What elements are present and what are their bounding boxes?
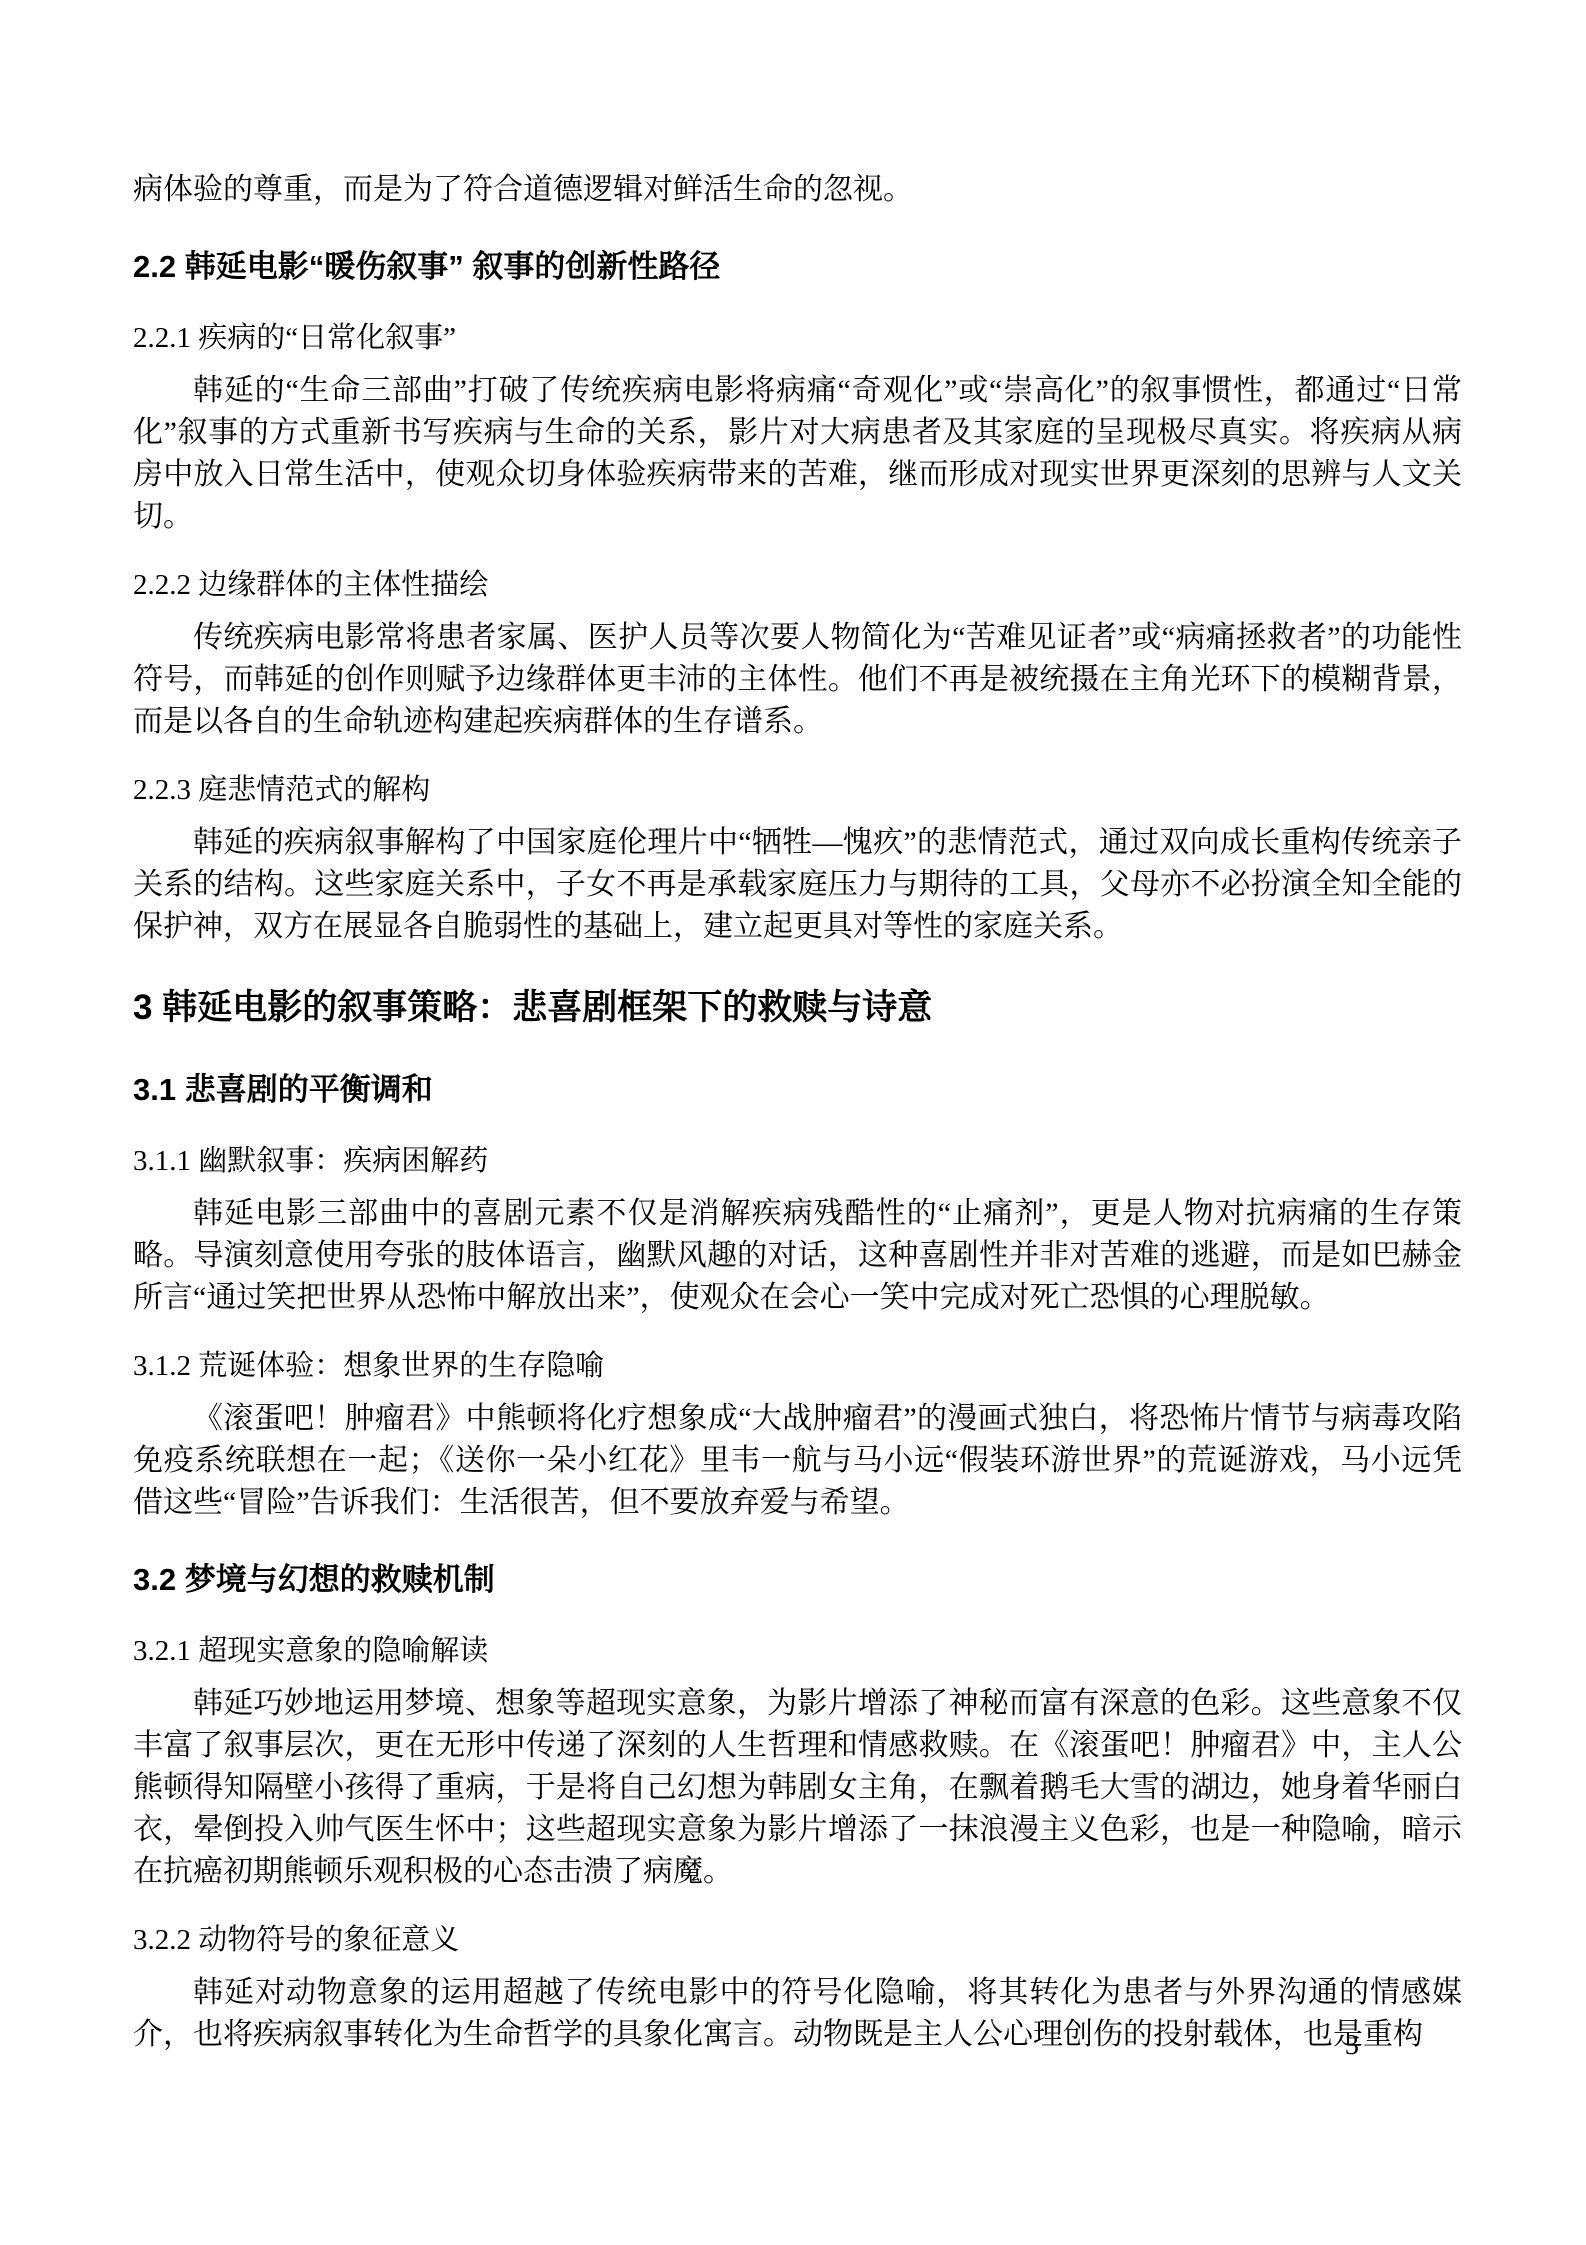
heading-3: 3 韩延电影的叙事策略：悲喜剧框架下的救赎与诗意: [133, 982, 1462, 1034]
paragraph-continued: 病体验的尊重，而是为了符合道德逻辑对鲜活生命的忽视。: [133, 169, 1462, 211]
subheading-2-2-1: 2.2.1 疾病的“日常化叙事”: [133, 317, 1462, 359]
subheading-3-1-1: 3.1.1 幽默叙事：疾病困解药: [133, 1140, 1462, 1182]
subheading-3-2-2: 3.2.2 动物符号的象征意义: [133, 1919, 1462, 1961]
page-number: 3: [1345, 2030, 1359, 2062]
paragraph-3-2-1: 韩延巧妙地运用梦境、想象等超现实意象，为影片增添了神秘而富有深意的色彩。这些意象…: [133, 1683, 1462, 1893]
paragraph-2-2-3: 韩延的疾病叙事解构了中国家庭伦理片中“牺牲—愧疚”的悲情范式，通过双向成长重构传…: [133, 822, 1462, 948]
heading-3-1: 3.1 悲喜剧的平衡调和: [133, 1066, 1462, 1114]
paragraph-2-2-2: 传统疾病电影常将患者家属、医护人员等次要人物简化为“苦难见证者”或“病痛拯救者”…: [133, 617, 1462, 743]
heading-2-2: 2.2 韩延电影“暖伤叙事” 叙事的创新性路径: [133, 243, 1462, 291]
document-page: 病体验的尊重，而是为了符合道德逻辑对鲜活生命的忽视。 2.2 韩延电影“暖伤叙事…: [0, 0, 1586, 2245]
subheading-2-2-2: 2.2.2 边缘群体的主体性描绘: [133, 564, 1462, 606]
paragraph-3-2-2: 韩延对动物意象的运用超越了传统电影中的符号化隐喻，将其转化为患者与外界沟通的情感…: [133, 1972, 1462, 2056]
subheading-2-2-3: 2.2.3 庭悲情范式的解构: [133, 769, 1462, 811]
paragraph-3-1-2: 《滚蛋吧！肿瘤君》中熊顿将化疗想象成“大战肿瘤君”的漫画式独白，将恐怖片情节与病…: [133, 1398, 1462, 1524]
paragraph-3-1-1: 韩延电影三部曲中的喜剧元素不仅是消解疾病残酷性的“止痛剂”，更是人物对抗病痛的生…: [133, 1193, 1462, 1319]
heading-3-2: 3.2 梦境与幻想的救赎机制: [133, 1556, 1462, 1604]
subheading-3-2-1: 3.2.1 超现实意象的隐喻解读: [133, 1630, 1462, 1672]
subheading-3-1-2: 3.1.2 荒诞体验：想象世界的生存隐喻: [133, 1345, 1462, 1387]
paragraph-2-2-1: 韩延的“生命三部曲”打破了传统疾病电影将病痛“奇观化”或“崇高化”的叙事惯性，都…: [133, 370, 1462, 538]
